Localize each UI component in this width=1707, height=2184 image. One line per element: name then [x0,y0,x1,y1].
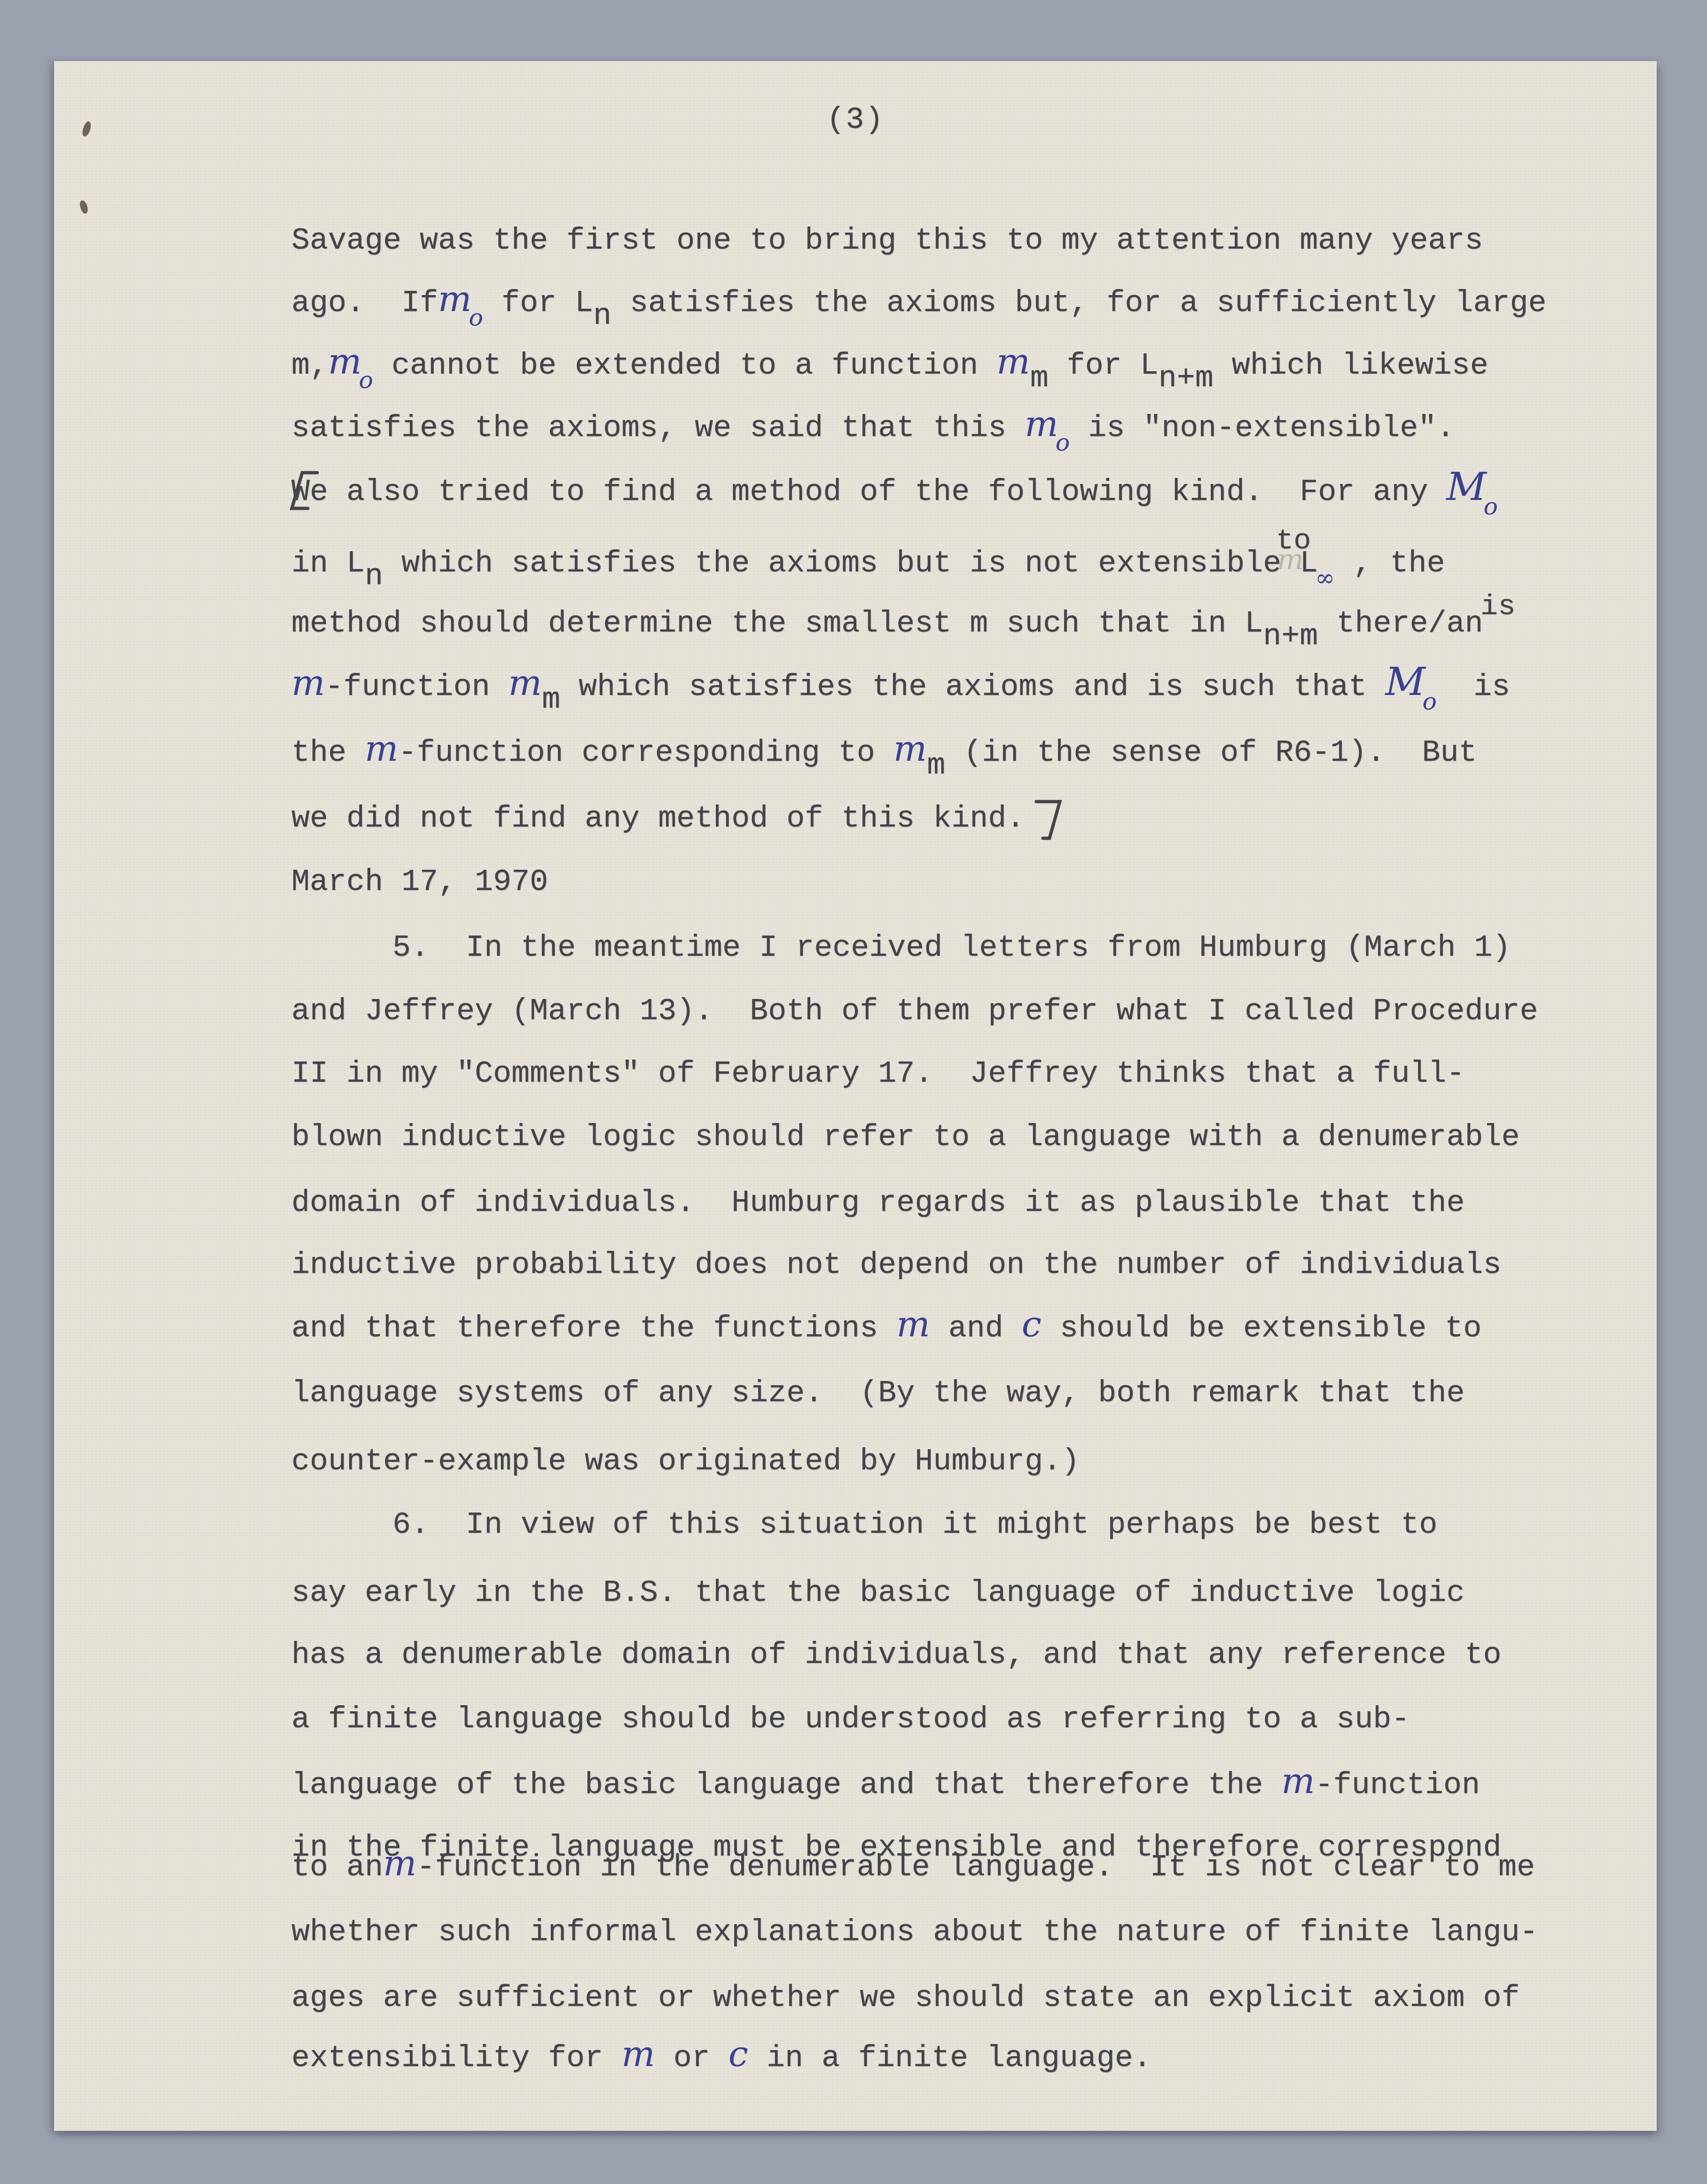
handwritten-m-symbol: m [365,728,399,769]
editorial-bracket-open [287,469,322,514]
handwritten-m-symbol: M [1385,659,1425,704]
typed-text: whether such informal explanations about… [291,1915,1538,1950]
typed-text: extensibility for [291,2041,621,2075]
text-line: we did not find any method of this kind. [291,803,1025,834]
typed-text: ages are sufficient or whether we should… [291,1981,1519,2015]
typed-text: and that therefore the functions [291,1311,896,1346]
handwritten-m-symbol: c [728,2033,748,2075]
typed-text: satisfies the axioms but, for a sufficie… [611,286,1546,320]
typed-text: there/an [1318,606,1483,641]
handwritten-m-symbol: M [1446,464,1486,509]
typed-text: method should determine the smallest m s… [291,606,1263,641]
text-line: ago. Ifmo for Ln satisfies the axioms bu… [291,288,1546,319]
typed-text: satisfies the axioms, we said that this [291,411,1025,445]
typed-text: or [655,2041,728,2075]
paragraph-6-start: 6. In view of this situation it might pe… [392,1510,1437,1540]
paper-mark [79,200,89,215]
typed-text: blown inductive logic should refer to a … [291,1120,1519,1154]
typed-text: -function in the denumerable language. I… [417,1850,1535,1885]
typed-text: is [1437,670,1510,704]
typed-text: -function [1315,1768,1480,1802]
handwritten-subscript: o [1056,429,1070,456]
handwritten-subscript: ∞ [1315,564,1335,592]
typed-text: should be extensible to [1041,1311,1481,1346]
typed-text: Savage was the first one to bring this t… [291,223,1483,258]
typed-text: language systems of any size. (By the wa… [291,1376,1464,1411]
typed-text: We also tried to find a method of the fo… [291,475,1446,509]
typed-text: -function corresponding to [399,735,893,770]
text-line: extensibility for m or c in a finite lan… [291,2043,1151,2074]
typed-subscript: n [593,298,611,333]
handwritten-m-symbol: m [621,2033,655,2075]
text-line: counter-example was originated by Humbur… [291,1446,1080,1477]
text-line: inductive probability does not depend on… [291,1250,1501,1280]
typed-text: 6. In view of this situation it might pe… [392,1507,1437,1542]
typed-text: is "non-extensible". [1070,411,1455,445]
handwritten-m-symbol: m [291,662,325,703]
typed-subscript: n+m [1159,361,1214,396]
handwritten-subscript: o [1484,492,1498,520]
typed-text: to an [291,1850,383,1885]
handwritten-subscript: o [359,366,373,394]
text-line: whether such informal explanations about… [291,1917,1538,1948]
typed-text: inductive probability does not depend on… [291,1248,1501,1282]
typed-subscript: n+m [1263,619,1318,654]
paragraph-5-start: 5. In the meantime I received letters fr… [392,933,1511,963]
handwritten-m-symbol: m [438,278,472,320]
typed-text: cannot be extended to a function [373,348,996,383]
typed-text: domain of individuals. Humburg regards i… [291,1186,1464,1220]
text-line: m-function mm which satisfies the axioms… [291,672,1510,702]
typed-text: which satisfies the axioms but is not ex… [383,546,1318,581]
editorial-bracket-close [1032,797,1066,842]
typed-text: (in the sense of R6-1). But [945,735,1477,770]
text-line: ages are sufficient or whether we should… [291,1983,1519,2013]
typed-text: 5. In the meantime I received letters fr… [392,930,1511,965]
typed-text: has a denumerable domain of individuals,… [291,1638,1501,1672]
handwritten-m-symbol: m [896,1303,930,1345]
text-line: satisfies the axioms, we said that this … [291,413,1455,444]
typed-text: which satisfies the axioms and is such t… [560,670,1385,704]
scan-background: (3) Savage was the first one to bring th… [0,0,1707,2184]
typed-text: and [930,1311,1022,1346]
text-line: and Jeffrey (March 13). Both of them pre… [291,996,1538,1027]
typed-text: -function [325,670,509,704]
typed-text: ago. If [291,286,438,320]
text-line: blown inductive logic should refer to a … [291,1122,1519,1153]
handwritten-m-symbol: m [328,341,362,382]
typed-subscript: n [365,559,383,593]
text-line: has a denumerable domain of individuals,… [291,1640,1501,1670]
typed-subscript: m [927,748,945,783]
typed-text: for L [1049,348,1159,383]
typed-text: March 17, 1970 [291,865,548,899]
text-line: a finite language should be understood a… [291,1704,1409,1735]
handwritten-m-symbol: m [383,1842,417,1884]
typed-text: say early in the B.S. that the basic lan… [291,1576,1464,1610]
document-page: (3) Savage was the first one to bring th… [54,61,1657,2131]
typed-text: in L [291,546,365,581]
typed-text: which likewise [1214,348,1488,383]
page-number: (3) [54,102,1657,137]
handwritten-m-symbol: m [1281,1760,1315,1802]
typed-text: we did not find any method of this kind. [291,801,1025,836]
typed-subscript: m [1030,361,1049,396]
typed-text: for L [483,286,593,320]
date-line: March 17, 1970 [291,867,548,897]
typed-text: a finite language should be understood a… [291,1702,1409,1737]
typed-text: , the [1335,546,1445,581]
text-line: language systems of any size. (By the wa… [291,1378,1464,1409]
handwritten-m-symbol: m [509,662,542,703]
text-line: in Ln which satisfies the axioms but is … [291,548,1445,579]
text-line: method should determine the smallest m s… [291,608,1483,639]
text-line: language of the basic language and that … [291,1770,1480,1801]
handwritten-subscript: o [1423,687,1437,715]
inserted-word-is: is [1480,590,1515,623]
text-line: We also tried to find a method of the fo… [291,477,1498,507]
typed-text: II in my "Comments" of February 17. Jeff… [291,1056,1464,1091]
text-line: Savage was the first one to bring this t… [291,226,1483,256]
typed-text: the [291,735,365,770]
typed-subscript: m [542,682,560,717]
handwritten-m-symbol: m [996,341,1030,382]
typed-text: m, [291,348,328,383]
text-line: and that therefore the functions m and c… [291,1313,1481,1344]
text-line: the m-function corresponding to mm (in t… [291,738,1477,768]
handwritten-subscript: o [469,304,483,331]
text-line: domain of individuals. Humburg regards i… [291,1188,1464,1218]
text-line: say early in the B.S. that the basic lan… [291,1578,1464,1608]
typed-text: language of the basic language and that … [291,1768,1281,1802]
text-line: II in my "Comments" of February 17. Jeff… [291,1059,1464,1089]
handwritten-m-symbol: c [1022,1303,1041,1345]
typed-text: counter-example was originated by Humbur… [291,1444,1080,1479]
typed-text: in a finite language. [748,2041,1151,2075]
handwritten-m-symbol: m [1025,403,1058,445]
overlapped-line-lower: to anm-function in the denumerable langu… [291,1852,1535,1883]
typed-text: and Jeffrey (March 13). Both of them pre… [291,994,1538,1029]
handwritten-m-symbol: m [893,728,927,769]
struck-overtype-mark: m [1277,543,1304,576]
text-line: m,mo cannot be extended to a function mm… [291,351,1488,381]
